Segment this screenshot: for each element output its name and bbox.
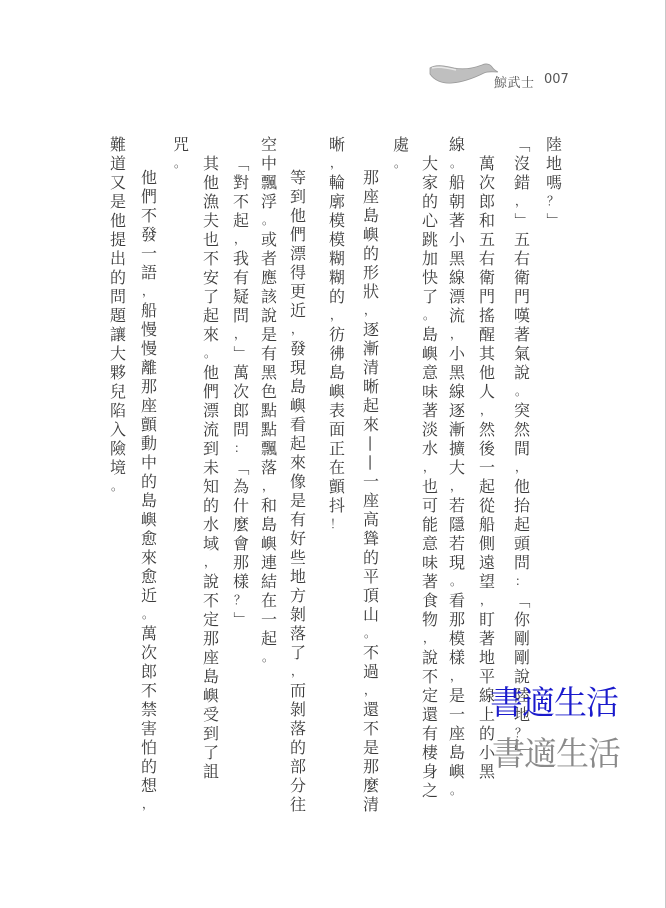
text-column: 他們不發一語，船慢慢離那座顫動中的島嶼愈來愈近。萬次郎不禁害怕的想，	[139, 168, 159, 814]
text-column: 咒。	[171, 135, 191, 173]
text-column: 大家的心跳加快了。島嶼意味著淡水，也可能意味著食物，說不定還有棲身之	[420, 154, 440, 800]
watermark-primary: 書適生活	[490, 677, 618, 724]
text-column: 「對不起，我有疑問，」萬次郎問：「為什麼會那樣？」	[231, 154, 251, 629]
text-column: 等到他們漂得更近，發現島嶼看起來像是有好些地方剝落了，而剝落的部分往	[288, 168, 308, 814]
text-column: 陸地嗎？」	[544, 135, 564, 230]
text-column: 空中飄浮。或者應該說是有黑色點點飄落，和島嶼連結在一起。	[259, 135, 279, 667]
text-column: 那座島嶼的形狀，逐漸清晰起來——一座高聳的平頂山。不過，還不是那麼清	[361, 168, 381, 814]
text-column: 難道又是他提出的問題讓大夥兒陷入險境。	[108, 135, 128, 496]
text-column: 「沒錯，」五右衛門嘆著氣說。突然間，他抬起頭問：「你剛剛說陸地？」	[512, 135, 532, 762]
text-column: 晰，輪廓模模糊糊的，彷彿島嶼表面正在顫抖！	[327, 135, 347, 534]
text-column: 其他漁夫也不安了起來。他們漂流到未知的水域，說不定那座島嶼受到了詛	[201, 154, 221, 781]
text-column: 處。	[391, 135, 411, 173]
watermark-secondary: 書適生活	[492, 728, 620, 775]
text-column: 線。船朝著小黑線漂流，小黑線逐漸擴大，若隱若現。看那模樣，是一座島嶼。	[447, 135, 467, 800]
